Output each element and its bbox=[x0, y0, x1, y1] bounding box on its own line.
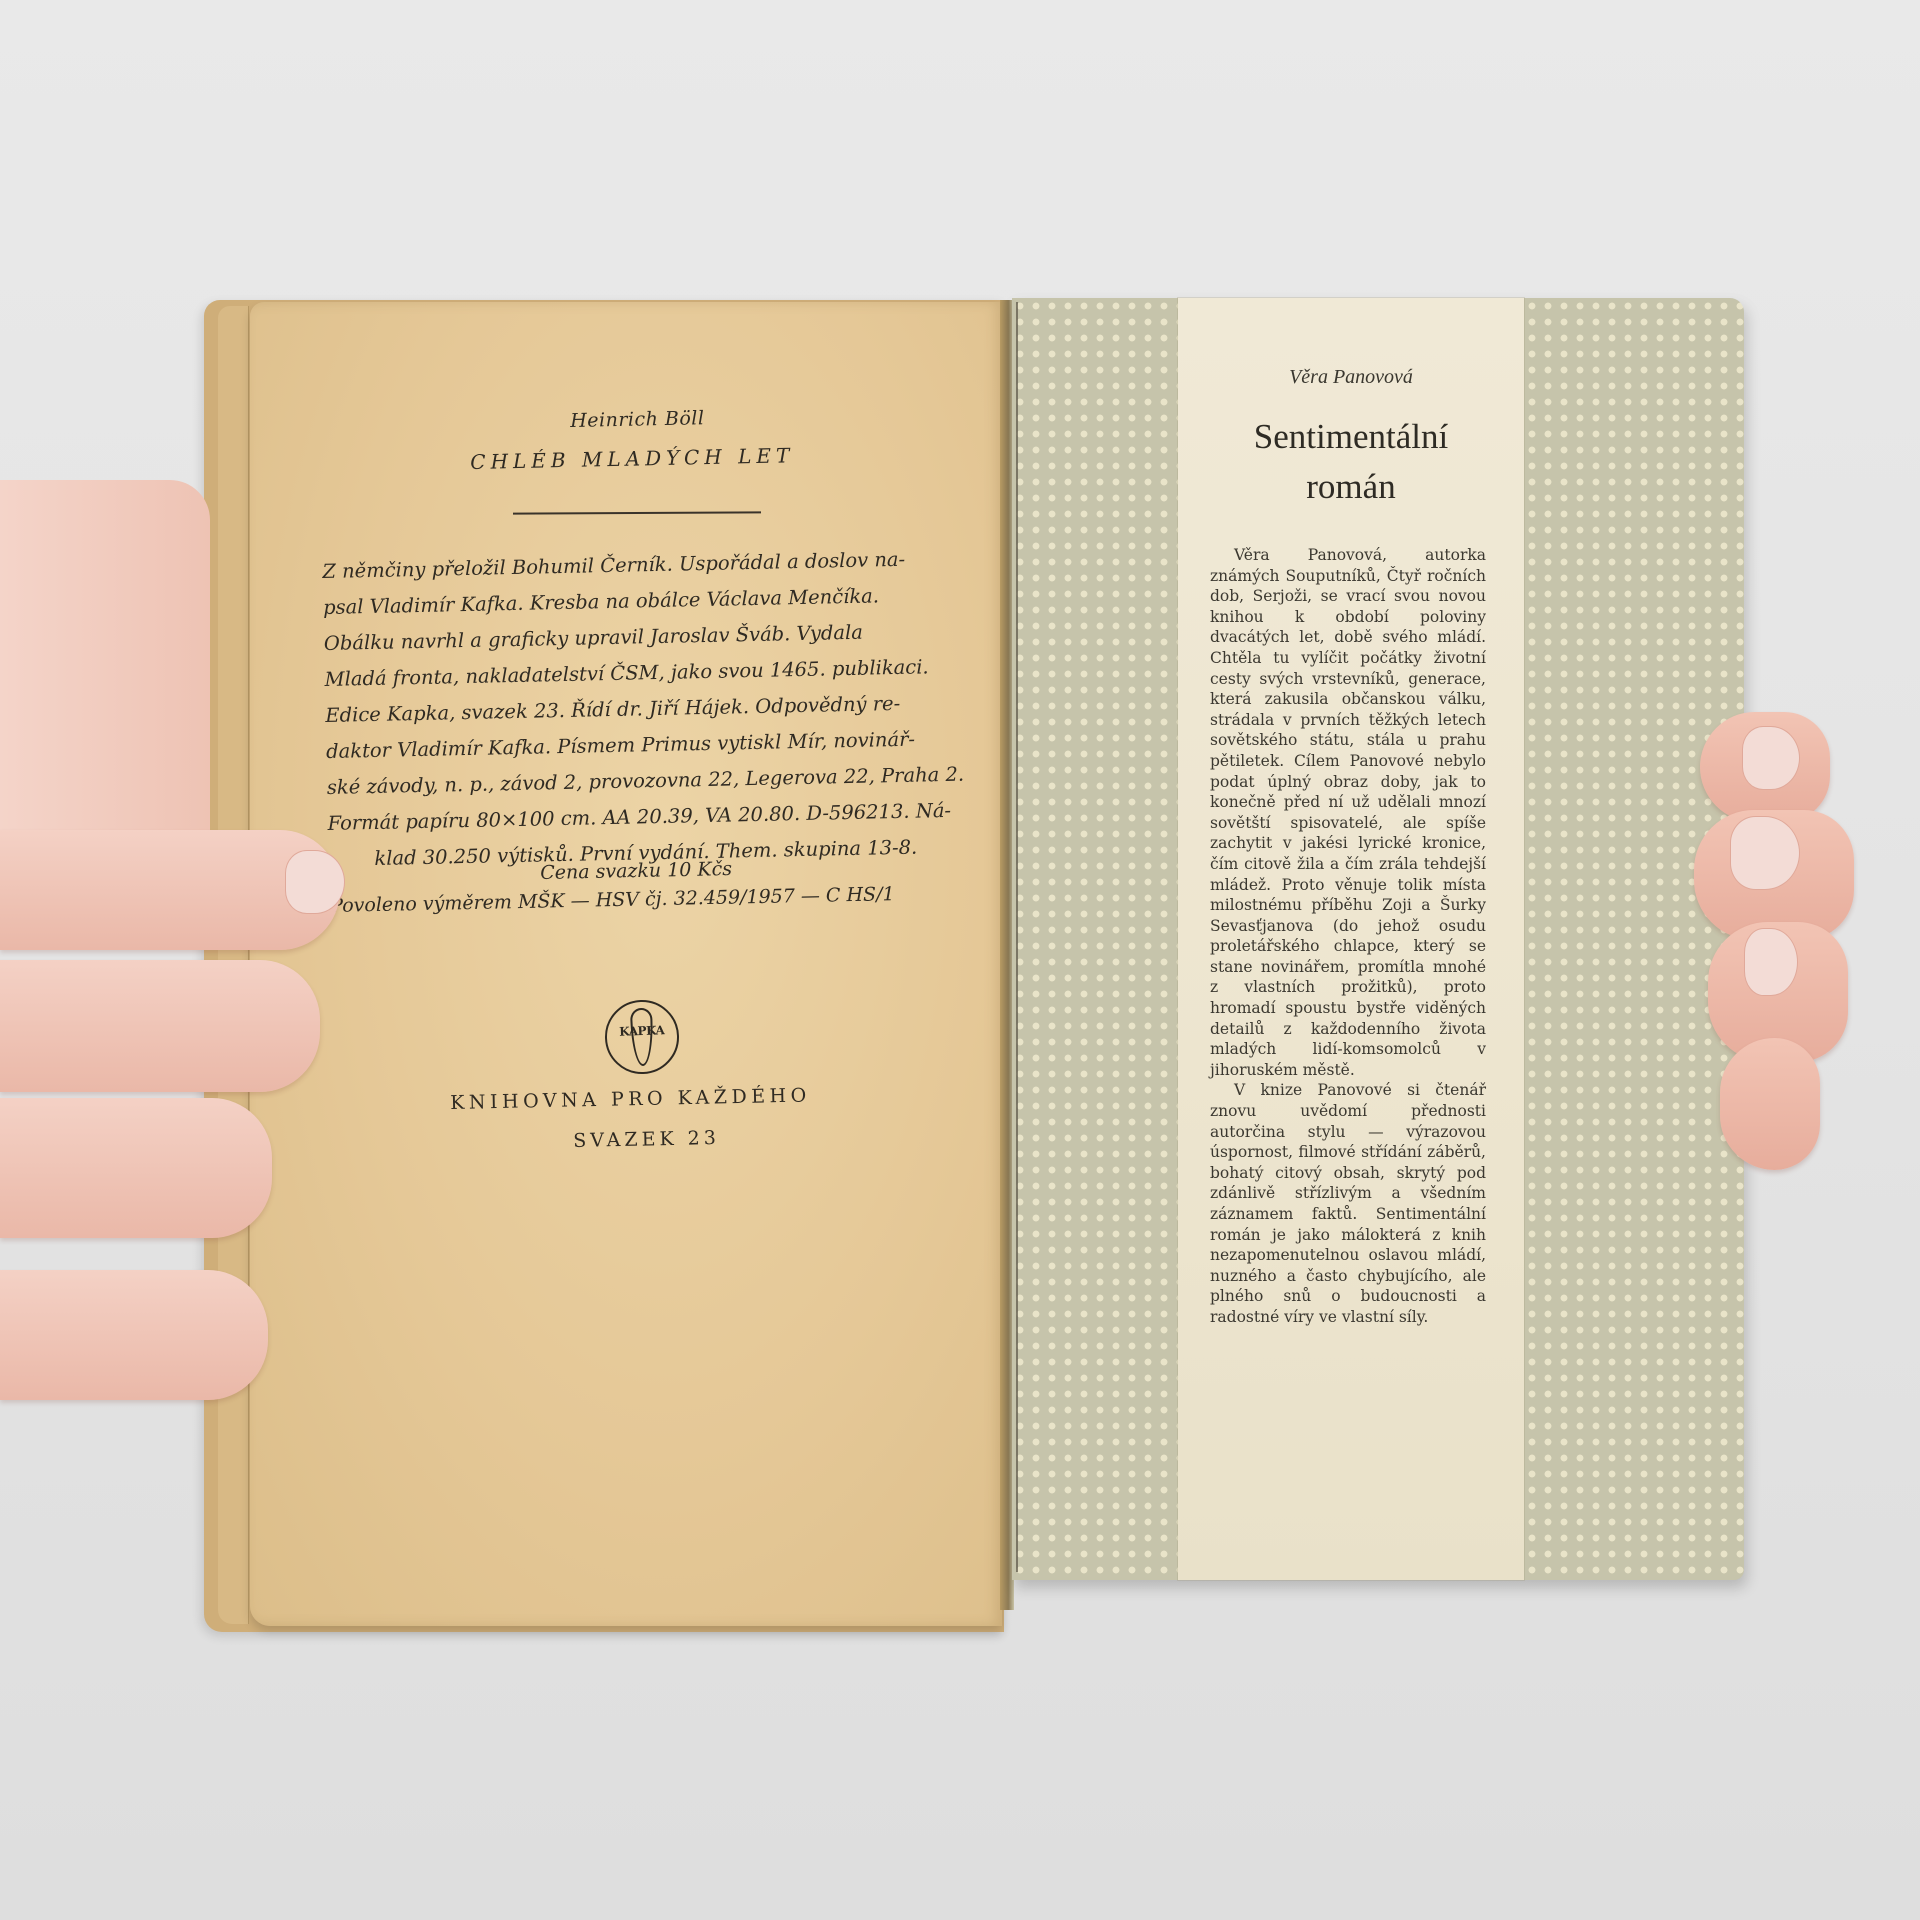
blurb-paragraph: V knize Panovové si čtenář znovu uvědomí… bbox=[1210, 1080, 1486, 1327]
left-author: Heinrich Böll bbox=[570, 407, 705, 432]
left-finger bbox=[0, 960, 320, 1092]
imprint-block: Z němčiny přeložil Bohumil Černík. Uspoř… bbox=[322, 541, 959, 878]
flap-blurb: Věra Panovová, autorka známých Souputník… bbox=[1210, 545, 1486, 1328]
right-finger bbox=[1694, 810, 1854, 940]
flap-title-line: Sentimentální bbox=[1178, 412, 1524, 462]
left-finger bbox=[0, 830, 340, 950]
fingernail bbox=[1742, 726, 1800, 790]
fingernail bbox=[1730, 816, 1800, 890]
fingernail bbox=[1744, 928, 1798, 996]
logo-word: KAPKA bbox=[611, 1023, 673, 1039]
left-page bbox=[250, 302, 1002, 1626]
right-finger bbox=[1700, 712, 1830, 822]
price-text: Cena svazku 10 Kčs bbox=[540, 858, 732, 884]
volume-number: SVAZEK 23 bbox=[573, 1127, 720, 1152]
open-book: Heinrich Böll CHLÉB MLADÝCH LET Z němčin… bbox=[0, 0, 1920, 1920]
flap-title: Sentimentální román bbox=[1178, 412, 1524, 512]
right-finger bbox=[1720, 1038, 1820, 1170]
left-finger bbox=[0, 1098, 272, 1238]
flap-author: Věra Panovová bbox=[1178, 366, 1524, 389]
flap-title-line: román bbox=[1178, 462, 1524, 512]
blurb-paragraph: Věra Panovová, autorka známých Souputník… bbox=[1210, 545, 1486, 1080]
spine-line bbox=[1016, 302, 1018, 1572]
left-finger bbox=[0, 1270, 268, 1400]
fingernail bbox=[285, 850, 345, 914]
